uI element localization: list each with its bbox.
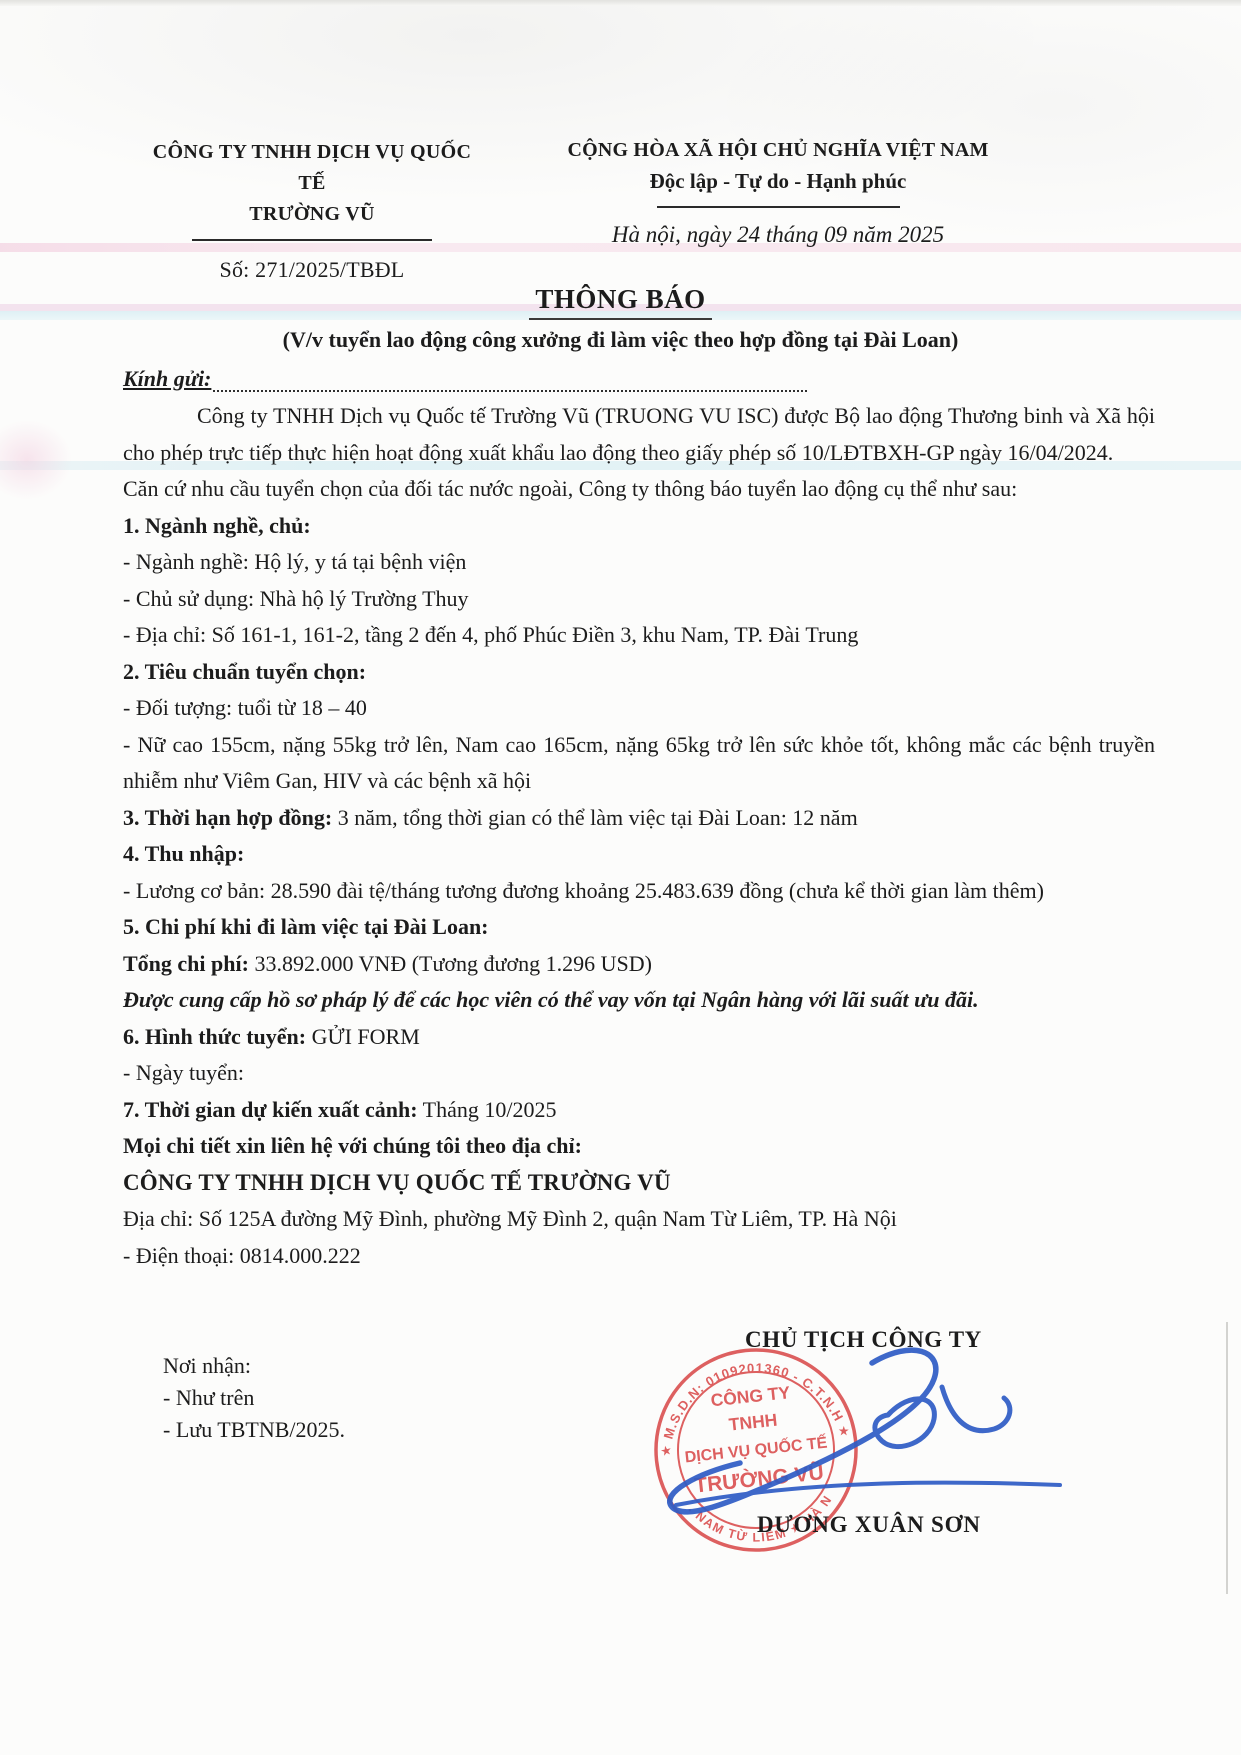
contact-address: Địa chỉ: Số 125A đường Mỹ Đình, phường M… (123, 1201, 1155, 1238)
org-name-line2: TRƯỜNG VŨ (138, 199, 486, 230)
recipients-block: Nơi nhận: - Như trên - Lưu TBTNB/2025. (163, 1350, 345, 1446)
section-5-heading: 5. Chi phí khi đi làm việc tại Đài Loan: (123, 909, 1155, 946)
total-cost-value: 33.892.000 VNĐ (Tương đương 1.296 USD) (249, 951, 652, 976)
contact-phone: - Điện thoại: 0814.000.222 (123, 1238, 1155, 1275)
document-title: THÔNG BÁO (529, 284, 711, 320)
section-3-line: 3. Thời hạn hợp đồng: 3 năm, tổng thời g… (123, 800, 1155, 837)
signer-name: DƯƠNG XUÂN SƠN (757, 1512, 981, 1538)
document-number: Số: 271/2025/TBĐL (138, 254, 486, 285)
recipients-label: Nơi nhận: (163, 1350, 345, 1382)
issuing-org-header: CÔNG TY TNHH DỊCH VỤ QUỐC TẾ TRƯỜNG VŨ S… (138, 137, 486, 285)
section-2-item-health: - Nữ cao 155cm, nặng 55kg trở lên, Nam c… (123, 727, 1155, 800)
contact-company-name: CÔNG TY TNHH DỊCH VỤ QUỐC TẾ TRƯỜNG VŨ (123, 1165, 1155, 1202)
section-6-value: GỬI FORM (306, 1024, 420, 1049)
scanned-document-page: CÔNG TY TNHH DỊCH VỤ QUỐC TẾ TRƯỜNG VŨ S… (0, 0, 1241, 1755)
org-header-rule (192, 239, 432, 241)
signature-stroke-loop (875, 1387, 1010, 1447)
section-3-label: 3. Thời hạn hợp đồng: (123, 805, 332, 830)
salutation-row: Kính gửi: (123, 366, 1155, 392)
section-6-line: 6. Hình thức tuyển: GỬI FORM (123, 1019, 1155, 1056)
basis-line: Căn cứ nhu cầu tuyển chọn của đối tác nư… (123, 471, 1155, 508)
section-1-heading: 1. Ngành nghề, chủ: (123, 508, 1155, 545)
section-6-label: 6. Hình thức tuyển: (123, 1024, 306, 1049)
national-motto-line2: Độc lập - Tự do - Hạnh phúc (556, 166, 1000, 197)
national-motto-line1: CỘNG HÒA XÃ HỘI CHỦ NGHĨA VIỆT NAM (556, 135, 1000, 166)
place-and-date: Hà nội, ngày 24 tháng 09 năm 2025 (556, 219, 1000, 250)
total-cost-label: Tổng chi phí: (123, 951, 249, 976)
salutation-label: Kính gửi: (123, 366, 211, 392)
section-7-line: 7. Thời gian dự kiến xuất cảnh: Tháng 10… (123, 1092, 1155, 1129)
contact-intro: Mọi chi tiết xin liên hệ với chúng tôi t… (123, 1128, 1155, 1165)
section-3-value: 3 năm, tổng thời gian có thể làm việc tạ… (332, 805, 857, 830)
intro-paragraph: Công ty TNHH Dịch vụ Quốc tế Trường Vũ (… (123, 398, 1155, 471)
org-name-line1: CÔNG TY TNHH DỊCH VỤ QUỐC TẾ (138, 137, 486, 199)
recipient-item-2: - Lưu TBTNB/2025. (163, 1414, 345, 1446)
national-header-rule (657, 206, 900, 208)
salutation-dotted-leader (213, 366, 807, 392)
document-title-wrap: THÔNG BÁO (0, 284, 1241, 320)
section-5-total-line: Tổng chi phí: 33.892.000 VNĐ (Tương đươn… (123, 946, 1155, 983)
section-1-item-occupation: - Ngành nghề: Hộ lý, y tá tại bệnh viện (123, 544, 1155, 581)
section-7-label: 7. Thời gian dự kiến xuất cảnh: (123, 1097, 418, 1122)
section-1-item-address: - Địa chỉ: Số 161-1, 161-2, tầng 2 đến 4… (123, 617, 1155, 654)
national-header: CỘNG HÒA XÃ HỘI CHỦ NGHĨA VIỆT NAM Độc l… (556, 135, 1000, 250)
scan-artifact-top-edge (0, 0, 1241, 6)
section-2-item-age: - Đối tượng: tuổi từ 18 – 40 (123, 690, 1155, 727)
section-4-item-salary: - Lương cơ bản: 28.590 đài tệ/tháng tươn… (123, 873, 1155, 910)
section-5-loan-note: Được cung cấp hồ sơ pháp lý để các học v… (123, 982, 1155, 1019)
document-body: Công ty TNHH Dịch vụ Quốc tế Trường Vũ (… (123, 398, 1155, 1274)
section-1-item-employer: - Chủ sử dụng: Nhà hộ lý Trường Thuy (123, 581, 1155, 618)
scan-artifact-left-blotch (0, 420, 72, 500)
scan-artifact-right-edge-line (1226, 1322, 1228, 1594)
recipient-item-1: - Như trên (163, 1382, 345, 1414)
section-2-heading: 2. Tiêu chuẩn tuyển chọn: (123, 654, 1155, 691)
section-7-value: Tháng 10/2025 (418, 1097, 557, 1122)
section-6-item-date: - Ngày tuyển: (123, 1055, 1155, 1092)
section-4-heading: 4. Thu nhập: (123, 836, 1155, 873)
document-subject: (V/v tuyển lao động công xưởng đi làm vi… (0, 327, 1241, 353)
